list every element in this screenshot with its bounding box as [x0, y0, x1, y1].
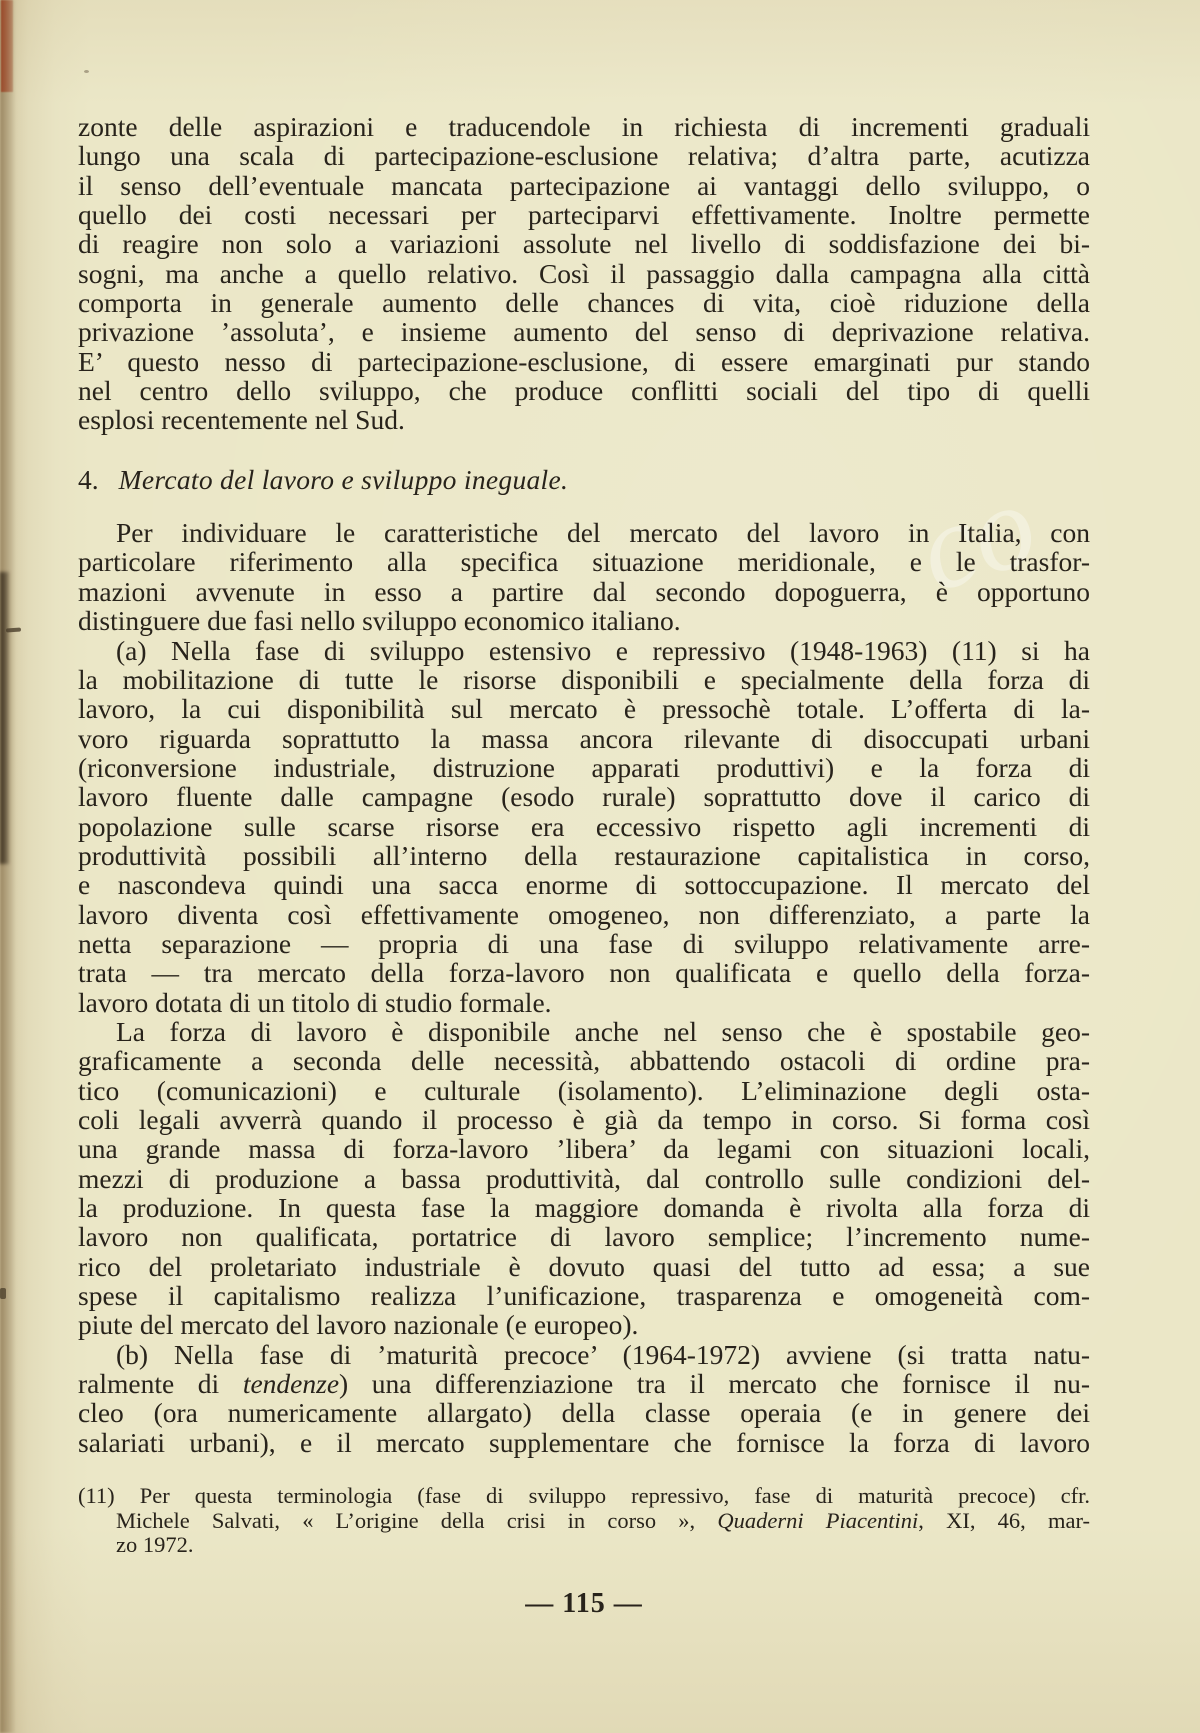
- text-line: E’ questo nesso di partecipazione-esclus…: [78, 347, 1090, 376]
- text-line: lavoro, la cui disponibilità sul mercato…: [78, 694, 1090, 723]
- text-line: la mobilitazione di tutte le risorse dis…: [78, 665, 1090, 694]
- text-line: produttività possibili all’interno della…: [78, 841, 1090, 870]
- book-page: co zonte delle aspirazioni e traducendol…: [0, 0, 1200, 1733]
- text-line: coli legali avverrà quando il processo è…: [78, 1105, 1090, 1134]
- spine-dark-mark: [0, 572, 9, 864]
- text-line: Per individuare le caratteristiche del m…: [78, 518, 1090, 547]
- text-line: mazioni avvenute in esso a partire dal s…: [78, 577, 1090, 606]
- text-line: privazione ’assoluta’, e insieme aumento…: [78, 317, 1090, 346]
- footnote-line: (11) Per questa terminologia (fase di sv…: [78, 1484, 1090, 1509]
- text-line: e nascondeva quindi una sacca enorme di …: [78, 870, 1090, 899]
- text-line: il senso dell’eventuale mancata partecip…: [78, 171, 1090, 200]
- text-line: piute del mercato del lavoro nazionale (…: [78, 1310, 1090, 1339]
- text-line: La forza di lavoro è disponibile anche n…: [78, 1017, 1090, 1046]
- text-line: sogni, ma anche a quello relativo. Così …: [78, 259, 1090, 288]
- text-line: (riconversione industriale, distruzione …: [78, 753, 1090, 782]
- scan-speck: [6, 627, 21, 632]
- section-number: 4.: [78, 464, 99, 495]
- text-line: mezzi di produzione a bassa produttività…: [78, 1164, 1090, 1193]
- text-line: particolare riferimento alla specifica s…: [78, 547, 1090, 576]
- text-line: zonte delle aspirazioni e traducendole i…: [78, 112, 1090, 141]
- text-line: rico del proletariato industriale è dovu…: [78, 1252, 1090, 1281]
- footnote-line: zo 1972.: [78, 1533, 1090, 1558]
- text-line: una grande massa di forza-lavoro ’libera…: [78, 1134, 1090, 1163]
- text-line: popolazione sulle scarse risorse era ecc…: [78, 812, 1090, 841]
- section-title: Mercato del lavoro e sviluppo ineguale.: [119, 464, 569, 495]
- scan-speck: [0, 1288, 6, 1299]
- page-number: — 115 —: [78, 1588, 1090, 1620]
- text-line: (b) Nella fase di ’maturità precoce’ (19…: [78, 1340, 1090, 1369]
- text-line: lavoro non qualificata, portatrice di la…: [78, 1222, 1090, 1251]
- text-line: ralmente di tendenze) una differenziazio…: [78, 1369, 1090, 1398]
- text-line: lavoro fluente dalle campagne (esodo rur…: [78, 782, 1090, 811]
- spine-red-mark: [1, 0, 13, 92]
- text-line: comporta in generale aumento delle chanc…: [78, 288, 1090, 317]
- text-line: distinguere due fasi nello sviluppo econ…: [78, 606, 1090, 635]
- text-line: esplosi recentemente nel Sud.: [78, 405, 1090, 434]
- text-line: graficamente a seconda delle necessità, …: [78, 1046, 1090, 1075]
- text-line: la produzione. In questa fase la maggior…: [78, 1193, 1090, 1222]
- section-heading: 4.Mercato del lavoro e sviluppo ineguale…: [78, 465, 1090, 494]
- text-line: trata — tra mercato della forza-lavoro n…: [78, 958, 1090, 987]
- text-line: cleo (ora numericamente allargato) della…: [78, 1398, 1090, 1427]
- text-line: nel centro dello sviluppo, che produce c…: [78, 376, 1090, 405]
- text-line: spese il capitalismo realizza l’unificaz…: [78, 1281, 1090, 1310]
- page-spine-shadow: [0, 0, 16, 1733]
- text-line: lavoro diventa così effettivamente omoge…: [78, 900, 1090, 929]
- scan-speck: [84, 70, 89, 73]
- text-line: lungo una scala di partecipazione-esclus…: [78, 141, 1090, 170]
- text-line: di reagire non solo a variazioni assolut…: [78, 229, 1090, 258]
- footnote-line: Michele Salvati, « L’origine della crisi…: [78, 1509, 1090, 1534]
- text-line: voro riguarda soprattutto la massa ancor…: [78, 724, 1090, 753]
- text-line: lavoro dotata di un titolo di studio for…: [78, 988, 1090, 1017]
- text-column: zonte delle aspirazioni e traducendole i…: [78, 112, 1090, 1457]
- footnote: (11) Per questa terminologia (fase di sv…: [78, 1484, 1090, 1558]
- text-line: (a) Nella fase di sviluppo estensivo e r…: [78, 636, 1090, 665]
- text-line: quello dei costi necessari per partecipa…: [78, 200, 1090, 229]
- text-line: salariati urbani), e il mercato suppleme…: [78, 1428, 1090, 1457]
- text-line: netta separazione — propria di una fase …: [78, 929, 1090, 958]
- text-line: tico (comunicazioni) e culturale (isolam…: [78, 1076, 1090, 1105]
